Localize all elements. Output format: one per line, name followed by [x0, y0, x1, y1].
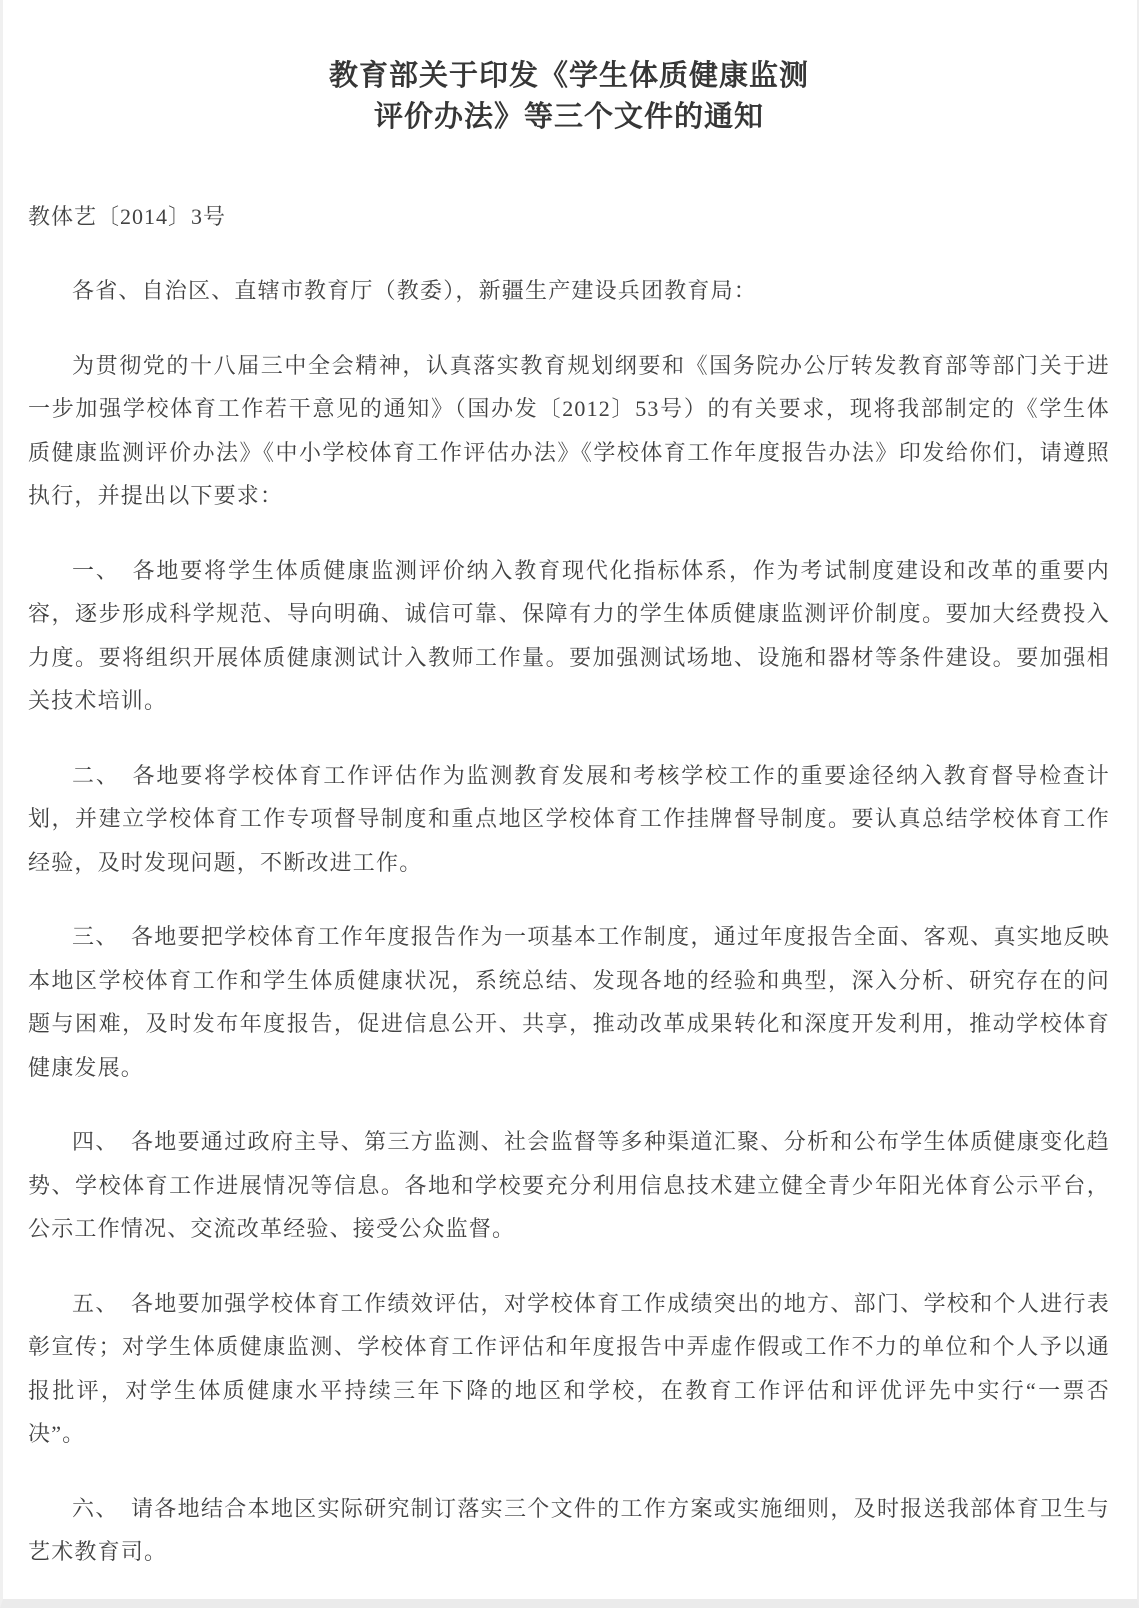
item-4-paragraph: 四、 各地要通过政府主导、第三方监测、社会监督等多种渠道汇聚、分析和公布学生体质… [28, 1120, 1110, 1251]
title-line-1: 教育部关于印发《学生体质健康监测 [28, 56, 1110, 97]
document-title: 教育部关于印发《学生体质健康监测 评价办法》等三个文件的通知 [28, 56, 1110, 138]
title-line-2: 评价办法》等三个文件的通知 [28, 97, 1110, 138]
item-5-paragraph: 五、 各地要加强学校体育工作绩效评估，对学校体育工作成绩突出的地方、部门、学校和… [28, 1282, 1110, 1456]
intro-paragraph: 为贯彻党的十八届三中全会精神，认真落实教育规划纲要和《国务院办公厅转发教育部等部… [28, 344, 1110, 518]
document-number: 教体艺〔2014〕3号 [28, 195, 1110, 238]
salutation-paragraph: 各省、自治区、直辖市教育厅（教委），新疆生产建设兵团教育局： [28, 269, 1110, 313]
document-page: 教育部关于印发《学生体质健康监测 评价办法》等三个文件的通知 教体艺〔2014〕… [0, 0, 1139, 1608]
item-6-paragraph: 六、 请各地结合本地区实际研究制订落实三个文件的工作方案或实施细则，及时报送我部… [28, 1487, 1110, 1574]
item-1-paragraph: 一、 各地要将学生体质健康监测评价纳入教育现代化指标体系，作为考试制度建设和改革… [28, 549, 1110, 723]
item-3-paragraph: 三、 各地要把学校体育工作年度报告作为一项基本工作制度，通过年度报告全面、客观、… [28, 915, 1110, 1089]
item-2-paragraph: 二、 各地要将学校体育工作评估作为监测教育发展和考核学校工作的重要途径纳入教育督… [28, 754, 1110, 885]
